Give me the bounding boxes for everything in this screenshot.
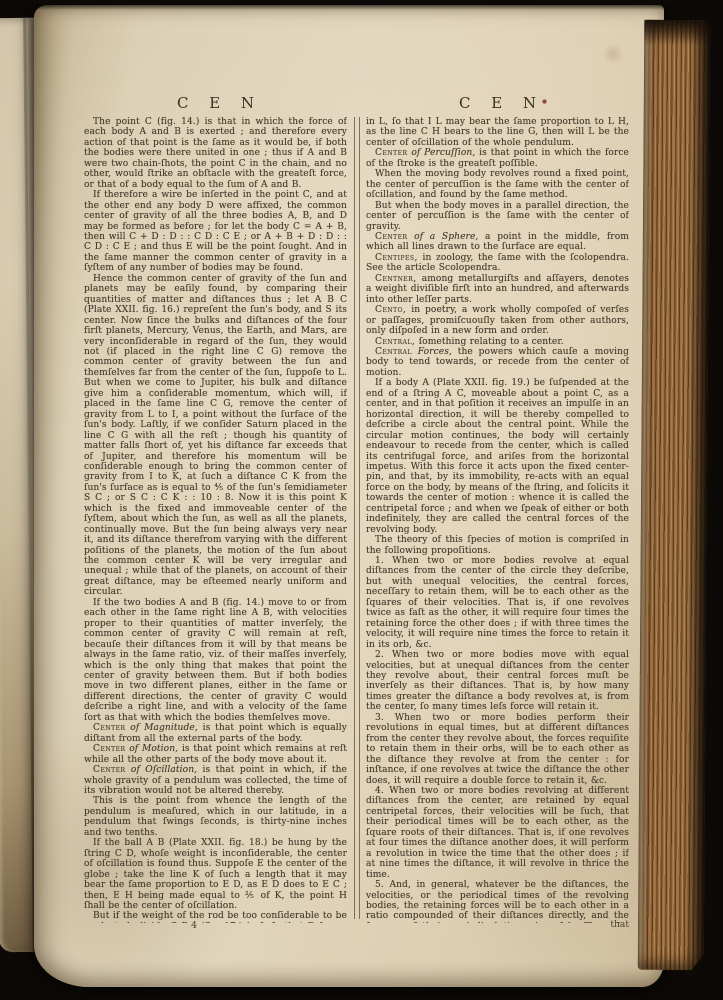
fore-edge-pages — [638, 20, 711, 970]
proposition-1: 1. When two or more bodies revolve at eq… — [366, 556, 629, 650]
entry-headword: Centipes, — [375, 253, 418, 263]
entry-headword: Center — [93, 765, 126, 775]
proposition-5: 5. And, in general, whatever be the diſt… — [366, 880, 629, 923]
paragraph: If the two bodies A and B (fig. 14.) mov… — [84, 598, 347, 723]
entry-cento: Cento, in poetry, a work wholly compoſed… — [366, 305, 629, 336]
proposition-4: 4. When two or more bodies revolving at … — [366, 786, 629, 880]
text-column-left: The point C (fig. 14.) is that in which … — [84, 117, 347, 923]
catchword: that — [366, 920, 629, 930]
paragraph-continuation: in L, ſo that I L may bear the ſame prop… — [366, 117, 629, 148]
proposition-2: 2. When two or more bodies move with equ… — [366, 650, 629, 713]
paragraph: If the ball A B (Plate XXII. fig. 18.) b… — [84, 838, 347, 911]
entry-center-of-oscillation: Center of Oſcillation, is that point in … — [84, 765, 347, 796]
column-divider-rule — [354, 117, 360, 919]
paragraph: The theory of this ſpecies of motion is … — [366, 535, 629, 556]
entry-centipes: Centipes, in zoology, the ſame with the … — [366, 253, 629, 274]
entry-headword: Central — [375, 347, 412, 357]
running-head-left: C E N — [84, 94, 347, 112]
corner-shadow — [668, 930, 723, 1000]
entry-center-of-motion: Center of Motion, is that point which re… — [84, 744, 347, 765]
text-column-right: in L, ſo that I L may bear the ſame prop… — [366, 117, 629, 923]
entry-headword: Cento, — [375, 305, 406, 315]
paragraph: Hence the common center of gravity of th… — [84, 274, 347, 598]
book-page: C E N C E N The point C (fig. 14.) is th… — [34, 5, 664, 987]
entry-central-forces: Central Forces, the powers which cauſe a… — [366, 347, 629, 378]
entry-central: Central, ſomething relating to a center. — [366, 337, 629, 347]
entry-headword: Central, — [375, 337, 415, 347]
entry-headword: Center — [93, 723, 126, 733]
entry-center-of-percussion: Center of Percuſſion, is that point in w… — [366, 148, 629, 169]
entry-headword: Center — [375, 148, 408, 158]
book-photo: C E N C E N The point C (fig. 14.) is th… — [0, 0, 723, 1000]
signature-mark: 4 — [84, 920, 304, 931]
entry-headword: Centner, — [375, 274, 417, 284]
paragraph: The point C (fig. 14.) is that in which … — [84, 117, 347, 190]
entry-headword: Center — [93, 744, 126, 754]
paragraph: If therefore a wire be inſerted in the p… — [84, 190, 347, 274]
paragraph: But when the body moves in a parallel di… — [366, 201, 629, 232]
paragraph: This is the point from whence the length… — [84, 796, 347, 838]
paragraph: When the moving body revolves round a fi… — [366, 169, 629, 200]
entry-center-of-a-sphere: Center of a Sphere, a point in the middl… — [366, 232, 629, 253]
running-head-right: C E N — [366, 94, 629, 112]
paragraph: If a body A (Plate XXII. fig. 19.) be ſu… — [366, 378, 629, 535]
entry-centner: Centner, among metallurgiſts and aſſayer… — [366, 274, 629, 305]
entry-center-of-magnitude: Center of Magnitude, is that point which… — [84, 723, 347, 744]
top-shadow — [34, 0, 674, 10]
proposition-3: 3. When two or more bodies perform their… — [366, 713, 629, 786]
faint-stain — [600, 45, 626, 63]
entry-headword: Center — [375, 232, 408, 242]
red-foxing-spot — [542, 99, 547, 104]
